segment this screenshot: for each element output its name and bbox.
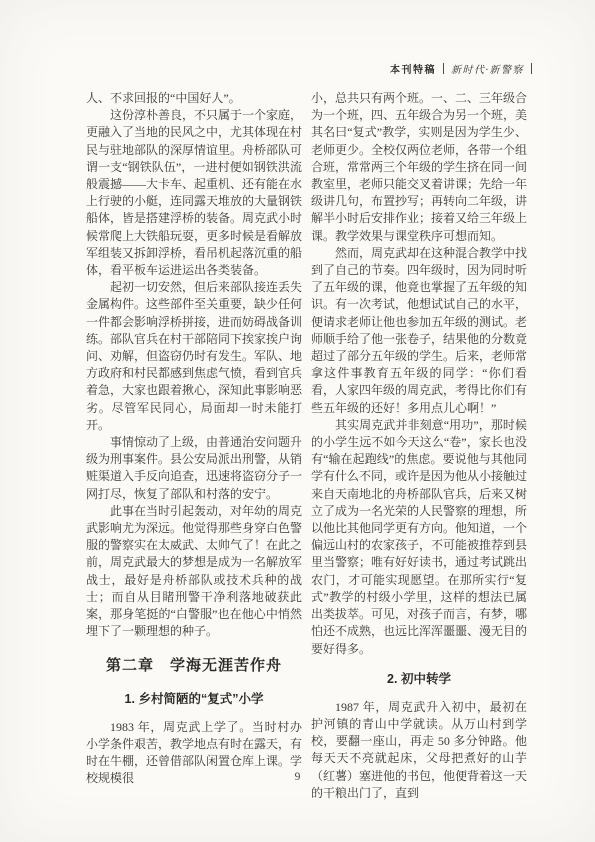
paragraph-continuation: 人、不求回报的“中国好人”。 — [86, 90, 302, 107]
paragraph: 事情惊动了上级，由普通治安问题升级为刑事案件。县公安局派出刑警，从销赃渠道入手反… — [86, 434, 302, 503]
paragraph: 起初一切安然，但后来部队接连丢失金属构件。这些部件至关重要，缺少任何一件都会影响… — [86, 279, 302, 434]
paragraph: 其实周克武并非刻意“用功”，那时候的小学生远不如今天这么“卷”，家长也没有“输在… — [311, 417, 527, 658]
paragraph-continuation: 小，总共只有两个班。一、二、三年级合为一个班，四、五年级合为另一个班，美其名曰“… — [311, 90, 527, 245]
magazine-page: 本刊特稿 新时代·新警察 人、不求回报的“中国好人”。 这份淳朴善良，不只属于一… — [0, 0, 595, 842]
left-column: 人、不求回报的“中国好人”。 这份淳朴善良，不只属于一个家庭，更融入了当地的民风… — [86, 90, 302, 802]
paragraph: 此事在当时引起轰动，对年幼的周克武影响尤为深远。他觉得那些身穿白色警服的警察实在… — [86, 503, 302, 641]
paragraph: 1987 年，周克武升入初中，最初在护河镇的青山中学就读。从万山村到学校，要翻一… — [311, 699, 527, 802]
section-heading-1: 1. 乡村简陋的“复式”小学 — [86, 690, 302, 709]
chapter-heading: 第二章 学海无涯苦作舟 — [86, 654, 302, 678]
paragraph: 然而，周克武却在这种混合教学中找到了自己的节奏。四年级时，因为同时听了五年级的课… — [311, 245, 527, 417]
header-section-label: 本刊特稿 — [390, 61, 436, 76]
section-heading-2: 2. 初中转学 — [311, 670, 527, 689]
right-column: 小，总共只有两个班。一、二、三年级合为一个班，四、五年级合为另一个班，美其名曰“… — [311, 90, 527, 802]
text-columns: 人、不求回报的“中国好人”。 这份淳朴善良，不只属于一个家庭，更融入了当地的民风… — [86, 90, 527, 802]
header-divider-icon — [443, 63, 444, 74]
header-theme-label: 新时代·新警察 — [451, 61, 524, 76]
paragraph: 这份淳朴善良，不只属于一个家庭，更融入了当地的民风之中，尤其体现在村民与驻地部队… — [86, 107, 302, 279]
page-number: 9 — [0, 771, 595, 783]
running-head: 本刊特稿 新时代·新警察 — [390, 61, 532, 76]
header-divider-icon — [531, 63, 532, 74]
